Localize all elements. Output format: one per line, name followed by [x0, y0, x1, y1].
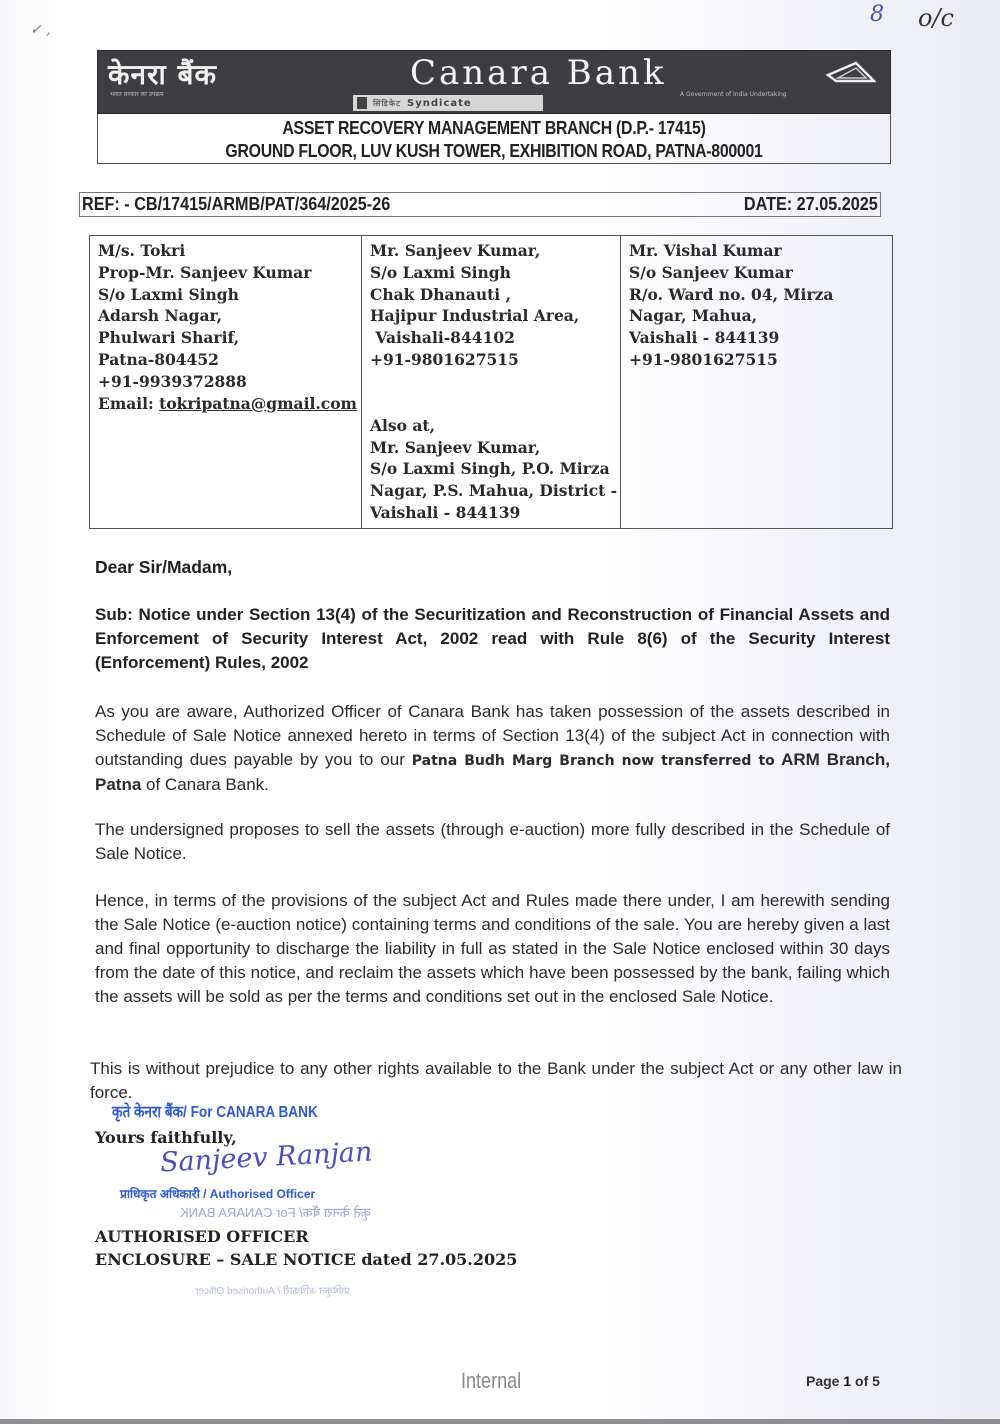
addressee-line: Vaishali-844102	[370, 327, 612, 349]
addressee-line: +91-9939372888	[98, 371, 353, 393]
addressee-line: Mr. Vishal Kumar	[629, 240, 884, 262]
reference-bar: REF: - CB/17415/ARMB/PAT/364/2025-26 DAT…	[79, 192, 881, 217]
branch-name: ASSET RECOVERY MANAGEMENT BRANCH (D.P.- …	[146, 117, 843, 140]
bank-name-hindi: केनरा बैंक	[108, 55, 217, 93]
page-prefix: Page	[806, 1373, 843, 1389]
mirrored-stamp-bleed: कृते केनरा बैंक/ For CANARA BANK	[180, 1203, 371, 1221]
subject-line: Sub: Notice under Section 13(4) of the S…	[95, 603, 890, 675]
addressee-email-line: Email: tokripatna@gmail.com	[98, 393, 353, 415]
syndicate-logo-icon	[357, 97, 367, 109]
page-of: of	[851, 1373, 872, 1389]
page-total: 5	[872, 1373, 880, 1389]
addressee-line: Mr. Sanjeev Kumar,	[370, 240, 612, 262]
authorised-officer-stamp: प्राधिकृत अधिकारी / Authorised Officer	[120, 1185, 315, 1202]
paragraph-final-opportunity: Hence, in terms of the provisions of the…	[95, 889, 890, 1009]
addressee-line: Adarsh Nagar,	[98, 305, 353, 327]
para-text: of Canara Bank.	[141, 775, 269, 794]
bank-name-english: Canara Bank	[410, 53, 667, 93]
addressee-line: +91-9801627515	[629, 349, 884, 371]
handwritten-page-number: 8	[870, 2, 884, 27]
email-link[interactable]: tokripatna@gmail.com	[159, 394, 357, 413]
reference-number: REF: - CB/17415/ARMB/PAT/364/2025-26	[82, 194, 390, 215]
officer-title: AUTHORISED OFFICER	[95, 1225, 517, 1248]
addressee-guarantor-2: Mr. Vishal Kumar S/o Sanjeev Kumar R/o. …	[621, 236, 892, 528]
email-label: Email:	[98, 394, 159, 413]
officer-block: AUTHORISED OFFICER ENCLOSURE – SALE NOTI…	[95, 1225, 517, 1271]
addressee-line: Nagar, Mahua,	[629, 305, 884, 327]
enclosure-note: ENCLOSURE – SALE NOTICE dated 27.05.2025	[95, 1248, 517, 1271]
addressee-line: S/o Laxmi Singh	[370, 262, 612, 284]
ghost-stamp-bleed: प्राधिकृत अधिकारी / Authorised Officer	[195, 1283, 350, 1297]
syndicate-badge: सिंडिकेट Syndicate	[353, 95, 543, 111]
paragraph-sale-proposal: The undersigned proposes to sell the ass…	[95, 818, 890, 866]
scan-bottom-edge	[0, 1419, 1000, 1424]
syndicate-hindi: सिंडिकेट	[373, 98, 401, 109]
salutation: Dear Sir/Madam,	[95, 557, 232, 578]
addressee-line: Vaishali - 844139	[629, 327, 884, 349]
syndicate-label: Syndicate	[407, 98, 472, 109]
addressee-line: +91-9801627515	[370, 349, 612, 371]
page-current: 1	[843, 1373, 851, 1389]
bank-tagline-hindi: भारत सरकार का उपक्रम	[110, 90, 164, 98]
also-at-line: S/o Laxmi Singh, P.O. Mirza	[370, 458, 612, 480]
page-number: Page 1 of 5	[806, 1373, 880, 1389]
also-at-line: Mr. Sanjeev Kumar,	[370, 437, 612, 459]
for-canara-bank-stamp: कृते केनरा बैंक/ For CANARA BANK	[112, 1100, 318, 1122]
addressee-line: M/s. Tokri	[98, 240, 353, 262]
also-at-line: Also at,	[370, 415, 612, 437]
addressee-line: Patna-804452	[98, 349, 353, 371]
addressee-line: Hajipur Industrial Area,	[370, 305, 612, 327]
branch-name-bold: Patna Budh Marg Branch now transferred t…	[412, 753, 775, 769]
addressee-line: S/o Laxmi Singh	[98, 284, 353, 306]
addressee-guarantor-1: Mr. Sanjeev Kumar, S/o Laxmi Singh Chak …	[362, 236, 621, 528]
addressee-line: R/o. Ward no. 04, Mirza	[629, 284, 884, 306]
handwritten-tick-mark: ✓ ,	[30, 22, 51, 38]
letterhead-banner: केनरा बैंक भारत सरकार का उपक्रम Canara B…	[97, 50, 891, 114]
handwritten-note: o/c	[918, 4, 954, 32]
classification-label: Internal	[461, 1368, 521, 1394]
addressee-line: S/o Sanjeev Kumar	[629, 262, 884, 284]
canara-triangle-logo-icon	[826, 59, 876, 87]
addressee-line: Chak Dhanauti ,	[370, 284, 612, 306]
paragraph-without-prejudice: This is without prejudice to any other r…	[90, 1057, 902, 1105]
addressee-line: Prop-Mr. Sanjeev Kumar	[98, 262, 353, 284]
addressee-table: M/s. Tokri Prop-Mr. Sanjeev Kumar S/o La…	[89, 235, 893, 529]
branch-address-box: ASSET RECOVERY MANAGEMENT BRANCH (D.P.- …	[97, 114, 891, 164]
also-at-line: Nagar, P.S. Mahua, District -	[370, 480, 612, 502]
addressee-borrower: M/s. Tokri Prop-Mr. Sanjeev Kumar S/o La…	[90, 236, 362, 528]
also-at-line: Vaishali - 844139	[370, 502, 612, 524]
bank-tagline-english: A Government of India Undertaking	[680, 91, 787, 98]
branch-address: GROUND FLOOR, LUV KUSH TOWER, EXHIBITION…	[146, 140, 843, 163]
addressee-line: Phulwari Sharif,	[98, 327, 353, 349]
paragraph-possession: As you are aware, Authorized Officer of …	[95, 700, 890, 797]
letter-date: DATE: 27.05.2025	[744, 194, 878, 215]
